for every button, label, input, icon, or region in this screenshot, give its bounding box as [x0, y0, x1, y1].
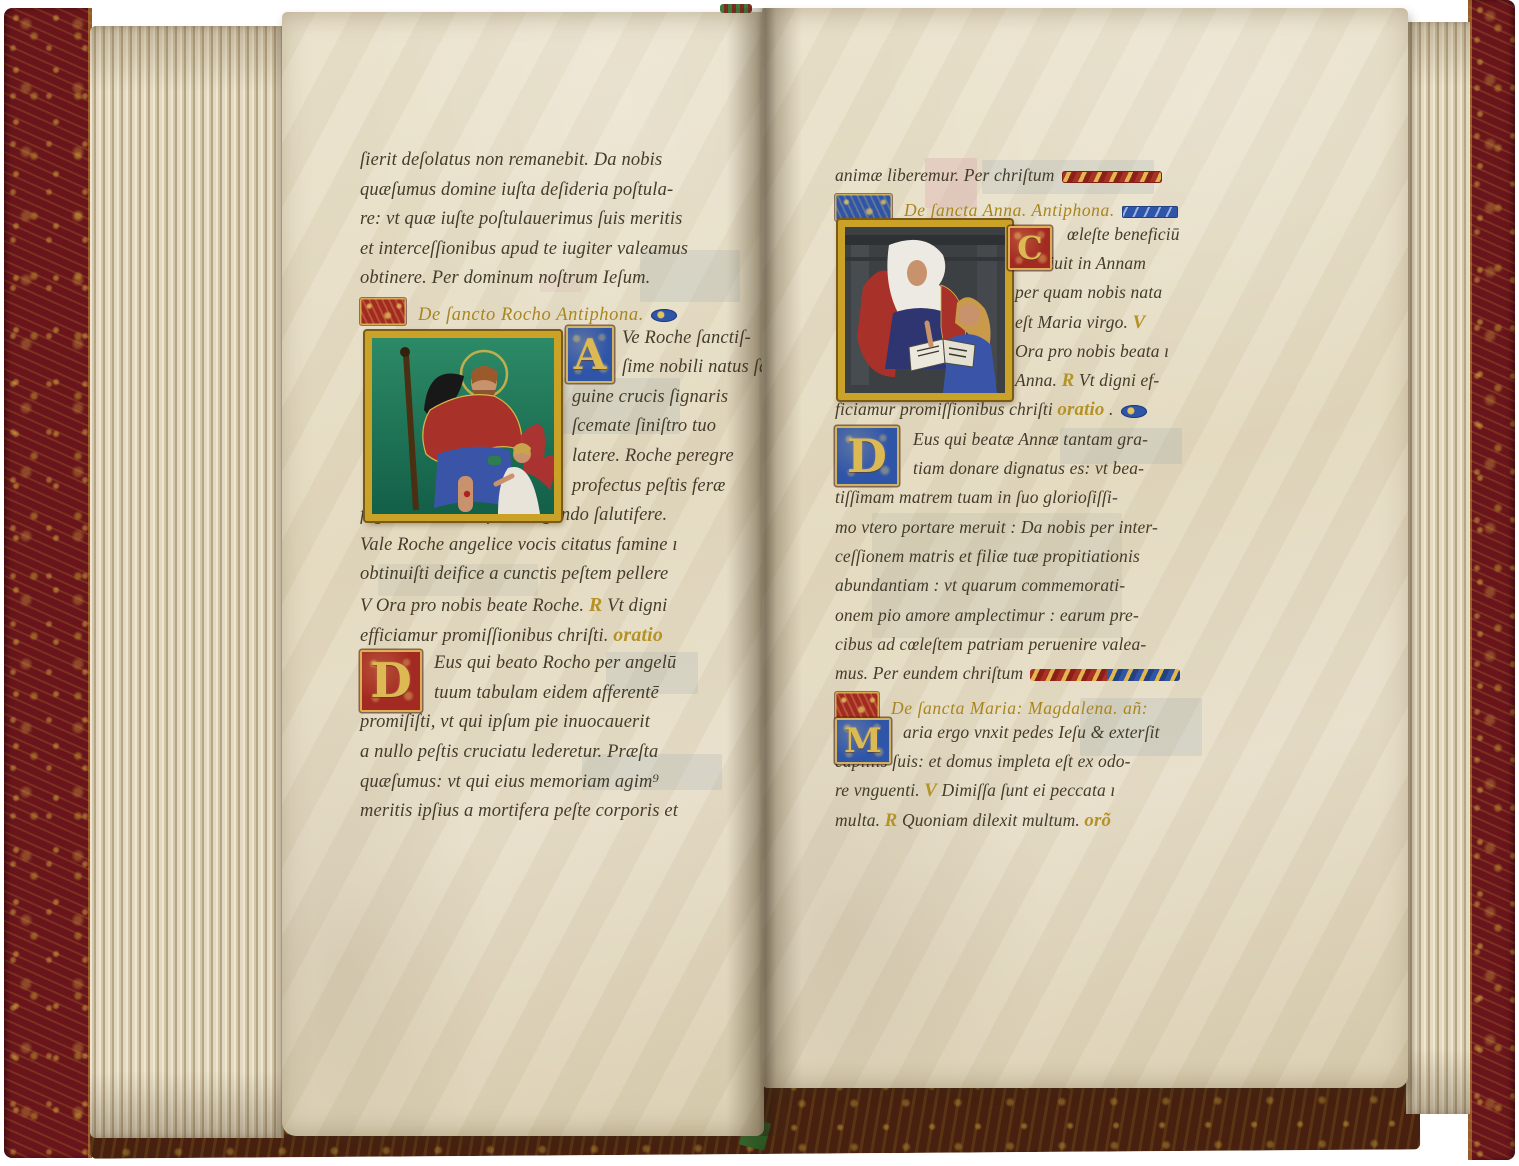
miniature-saint-anne [838, 220, 1012, 400]
body-text: onem pio amore amplectimur : earum pre- [835, 605, 1139, 625]
text-line: guine crucis ſignaris [572, 387, 728, 408]
body-text: tiam donare dignatus es: vt bea- [913, 458, 1144, 478]
body-text: tuum tabulam eidem afferentē [434, 683, 659, 703]
marginal-cadel-block [835, 692, 879, 719]
body-text: ſime nobili natus ſā- [622, 357, 775, 377]
initial-letter: M [844, 724, 882, 758]
gold-versal: R [885, 810, 898, 831]
body-text: eſt Maria virgo. [1015, 312, 1133, 332]
body-text: Dimiſſa ſunt ei peccata ı [937, 780, 1115, 800]
left-page: ſierit deſolatus non remanebit. Da nobis… [282, 12, 764, 1136]
body-text: re: vt quæ iuſte poſtulauerimus ſuis mer… [360, 209, 682, 229]
illuminated-initial-a: A [566, 326, 614, 383]
filler-blue-half [1108, 669, 1180, 681]
text-line: ceſſionem matris et filiæ tuæ propitiati… [835, 546, 1140, 567]
body-text: Ve Roche ſanctiſ- [622, 328, 751, 348]
body-text: ficiamur promiſſionibus chriſti [835, 399, 1057, 419]
illuminated-initial-m: M [835, 718, 891, 764]
body-text: meritis ipſius a mortifera peſte corpori… [360, 801, 678, 821]
body-text: Ora pro nobis beata ı [1015, 341, 1169, 361]
body-text: Eus qui beato Rocho per angelū [434, 653, 676, 673]
body-text: ſierit deſolatus non remanebit. Da nobis [360, 150, 662, 170]
body-text: cibus ad cœleſtem patriam peruenire vale… [835, 634, 1146, 654]
text-line: ficiamur promiſſionibus chriſti oratio . [835, 399, 1147, 421]
text-line: abundantiam : vt quarum commemorati- [835, 575, 1125, 596]
body-text: . [1105, 399, 1114, 419]
left-page-text: ſierit deſolatus non remanebit. Da nobis… [282, 12, 764, 1136]
body-text: quæſumus domine iuſta deſideria poſtula- [360, 180, 673, 200]
page-edges-right [1406, 22, 1470, 1114]
text-line: quæſumus domine iuſta deſideria poſtula- [360, 180, 673, 201]
text-line: tiam donare dignatus es: vt bea- [913, 458, 1144, 479]
text-line: V Ora pro nobis beate Roche. R Vt digni [360, 594, 667, 617]
body-text: Vt digni [602, 596, 667, 616]
gold-versal: orõ [1084, 810, 1111, 831]
line-filler-rope-rb-icon [1030, 669, 1180, 681]
line-filler-zigzag-icon [1122, 206, 1178, 218]
text-line: Vale Roche angelice vocis citatus famine… [360, 535, 678, 556]
initial-letter: A [574, 334, 607, 376]
text-line: Eus qui beato Rocho per angelū [434, 653, 676, 674]
body-text: abundantiam : vt quarum commemorati- [835, 575, 1125, 595]
right-page: animæ liberemur. Per chriſtumDe ſancta A… [762, 8, 1408, 1088]
body-text: ceſſionem matris et filiæ tuæ propitiati… [835, 546, 1140, 566]
body-text: promiſiſti, vt qui ipſum pie inuocauerit [360, 712, 650, 732]
body-text: et interceſſionibus apud te iugiter vale… [360, 239, 688, 259]
body-text: quæſumus: vt qui eius memoriam agim⁹ [360, 772, 659, 792]
rubric-text: De ſancta Maria: Magdalena. añ: [891, 698, 1148, 718]
line-filler-oval-icon [1121, 405, 1147, 418]
body-text: profectus peſtis feræ [572, 476, 726, 496]
text-line: Ora pro nobis beata ı [1015, 341, 1169, 362]
line-filler-rope-red-icon [1062, 171, 1162, 183]
text-line: promiſiſti, vt qui ipſum pie inuocauerit [360, 712, 650, 733]
body-text: guine crucis ſignaris [572, 387, 728, 407]
text-line: a nullo peſtis cruciatu lederetur. Præſt… [360, 742, 658, 763]
body-text: tiſſimam matrem tuam in ſuo glorioſiſſi- [835, 487, 1118, 507]
line-filler-oval-icon [651, 309, 677, 322]
text-line: De ſancto Rocho Antiphona. [360, 298, 677, 326]
text-line: re: vt quæ iuſte poſtulauerimus ſuis mer… [360, 209, 682, 230]
body-text: a nullo peſtis cruciatu lederetur. Præſt… [360, 742, 658, 762]
text-line: cibus ad cœleſtem patriam peruenire vale… [835, 634, 1146, 655]
body-text: per quam nobis nata [1015, 282, 1162, 302]
saint-roch-illustration [372, 338, 554, 514]
body-text: animæ liberemur. Per chriſtum [835, 165, 1055, 185]
rubric-text: De ſancto Rocho Antiphona. [418, 305, 644, 325]
body-text: V Ora pro nobis beate Roche. [360, 596, 589, 616]
body-text: Vale Roche angelice vocis citatus famine… [360, 535, 678, 555]
mary-face [958, 304, 980, 326]
text-line: mus. Per eundem chriſtum [835, 663, 1180, 684]
illuminated-initial-c: C [1008, 226, 1052, 270]
body-text: mo vtero portare meruit : Da nobis per i… [835, 517, 1158, 537]
gold-versal: R [1062, 370, 1075, 391]
right-page-text: animæ liberemur. Per chriſtumDe ſancta A… [762, 8, 1408, 1088]
body-text: obtinuiſti deifice a cunctis peſtem pell… [360, 564, 668, 584]
text-line: tiſſimam matrem tuam in ſuo glorioſiſſi- [835, 487, 1118, 508]
text-line: eſt Maria virgo. V [1015, 312, 1145, 334]
marginal-cadel-block [835, 194, 892, 221]
text-line: multa. R Quoniam dilexit multum. orõ [835, 810, 1111, 832]
body-text: latere. Roche peregre [572, 446, 734, 466]
initial-letter: D [847, 433, 887, 479]
body-text: Vt digni ef- [1074, 370, 1159, 390]
anne-face [907, 260, 927, 286]
initial-letter: C [1017, 232, 1042, 264]
text-line: aria ergo vnxit pedes Ieſu & exterſit [903, 722, 1160, 743]
text-line: tuum tabulam eidem afferentē [434, 683, 659, 704]
text-line: onem pio amore amplectimur : earum pre- [835, 605, 1139, 626]
gold-versal: R [589, 594, 602, 616]
text-line: per quam nobis nata [1015, 282, 1162, 303]
body-text: obtinere. Per dominum noſtrum Ieſum. [360, 268, 650, 288]
body-text: aria ergo vnxit pedes Ieſu & exterſit [903, 722, 1160, 742]
body-text: Anna. [1015, 370, 1062, 390]
illuminated-initial-d: D [360, 650, 422, 712]
text-line: De ſancta Maria: Magdalena. añ: [835, 692, 1148, 719]
text-line: obtinuiſti deifice a cunctis peſtem pell… [360, 564, 668, 585]
gold-versal: V [1133, 312, 1146, 333]
text-line: profectus peſtis feræ [572, 476, 726, 497]
text-line: Anna. R Vt digni ef- [1015, 370, 1159, 392]
text-line: mo vtero portare meruit : Da nobis per i… [835, 517, 1158, 538]
text-line: efficiamur promiſſionibus chriſti. orati… [360, 624, 663, 647]
initial-letter: D [370, 657, 412, 705]
text-line: ſcemate ſiniſtro tuo [572, 416, 716, 437]
text-line: œleſte beneficiū [1067, 224, 1180, 245]
rubric-text: De ſancta Anna. Antiphona. [904, 200, 1115, 220]
headband [720, 4, 752, 13]
text-line: ſime nobili natus ſā- [622, 357, 775, 378]
illuminated-initial-d: D [835, 426, 899, 486]
filler-red-half [1030, 669, 1108, 681]
body-text: ſcemate ſiniſtro tuo [572, 416, 716, 436]
miniature-saint-roch [365, 331, 561, 521]
text-line: latere. Roche peregre [572, 446, 734, 467]
marginal-cadel-block [360, 298, 406, 325]
manuscript-photo: ſierit deſolatus non remanebit. Da nobis… [0, 0, 1519, 1166]
body-text: multa. [835, 810, 885, 830]
body-text: re vnguenti. [835, 780, 924, 800]
text-line: obtinere. Per dominum noſtrum Ieſum. [360, 268, 650, 289]
saint-anne-illustration [845, 227, 1005, 393]
gold-versal: V [924, 780, 937, 801]
body-text: efficiamur promiſſionibus chriſti. [360, 626, 613, 646]
gold-versal: oratio [613, 624, 663, 646]
text-line: ſierit deſolatus non remanebit. Da nobis [360, 150, 662, 171]
text-line: De ſancta Anna. Antiphona. [835, 194, 1178, 221]
body-text: œleſte beneficiū [1067, 224, 1180, 244]
text-line: Eus qui beatæ Annæ tantam gra- [913, 429, 1148, 450]
text-line: quæſumus: vt qui eius memoriam agim⁹ [360, 772, 659, 793]
gold-versal: oratio [1057, 399, 1104, 420]
book-cover-right [1468, 0, 1515, 1160]
text-line: animæ liberemur. Per chriſtum [835, 165, 1162, 186]
book-cover-left [4, 8, 92, 1158]
body-text: Quoniam dilexit multum. [897, 810, 1084, 830]
text-line: meritis ipſius a mortifera peſte corpori… [360, 801, 678, 822]
text-line: Ve Roche ſanctiſ- [622, 328, 751, 349]
page-edges-left [90, 26, 284, 1138]
plague-sore [464, 491, 470, 497]
body-text: mus. Per eundem chriſtum [835, 663, 1023, 683]
text-line: et interceſſionibus apud te iugiter vale… [360, 239, 688, 260]
text-line: re vnguenti. V Dimiſſa ſunt ei peccata ı [835, 780, 1115, 802]
body-text: Eus qui beatæ Annæ tantam gra- [913, 429, 1148, 449]
